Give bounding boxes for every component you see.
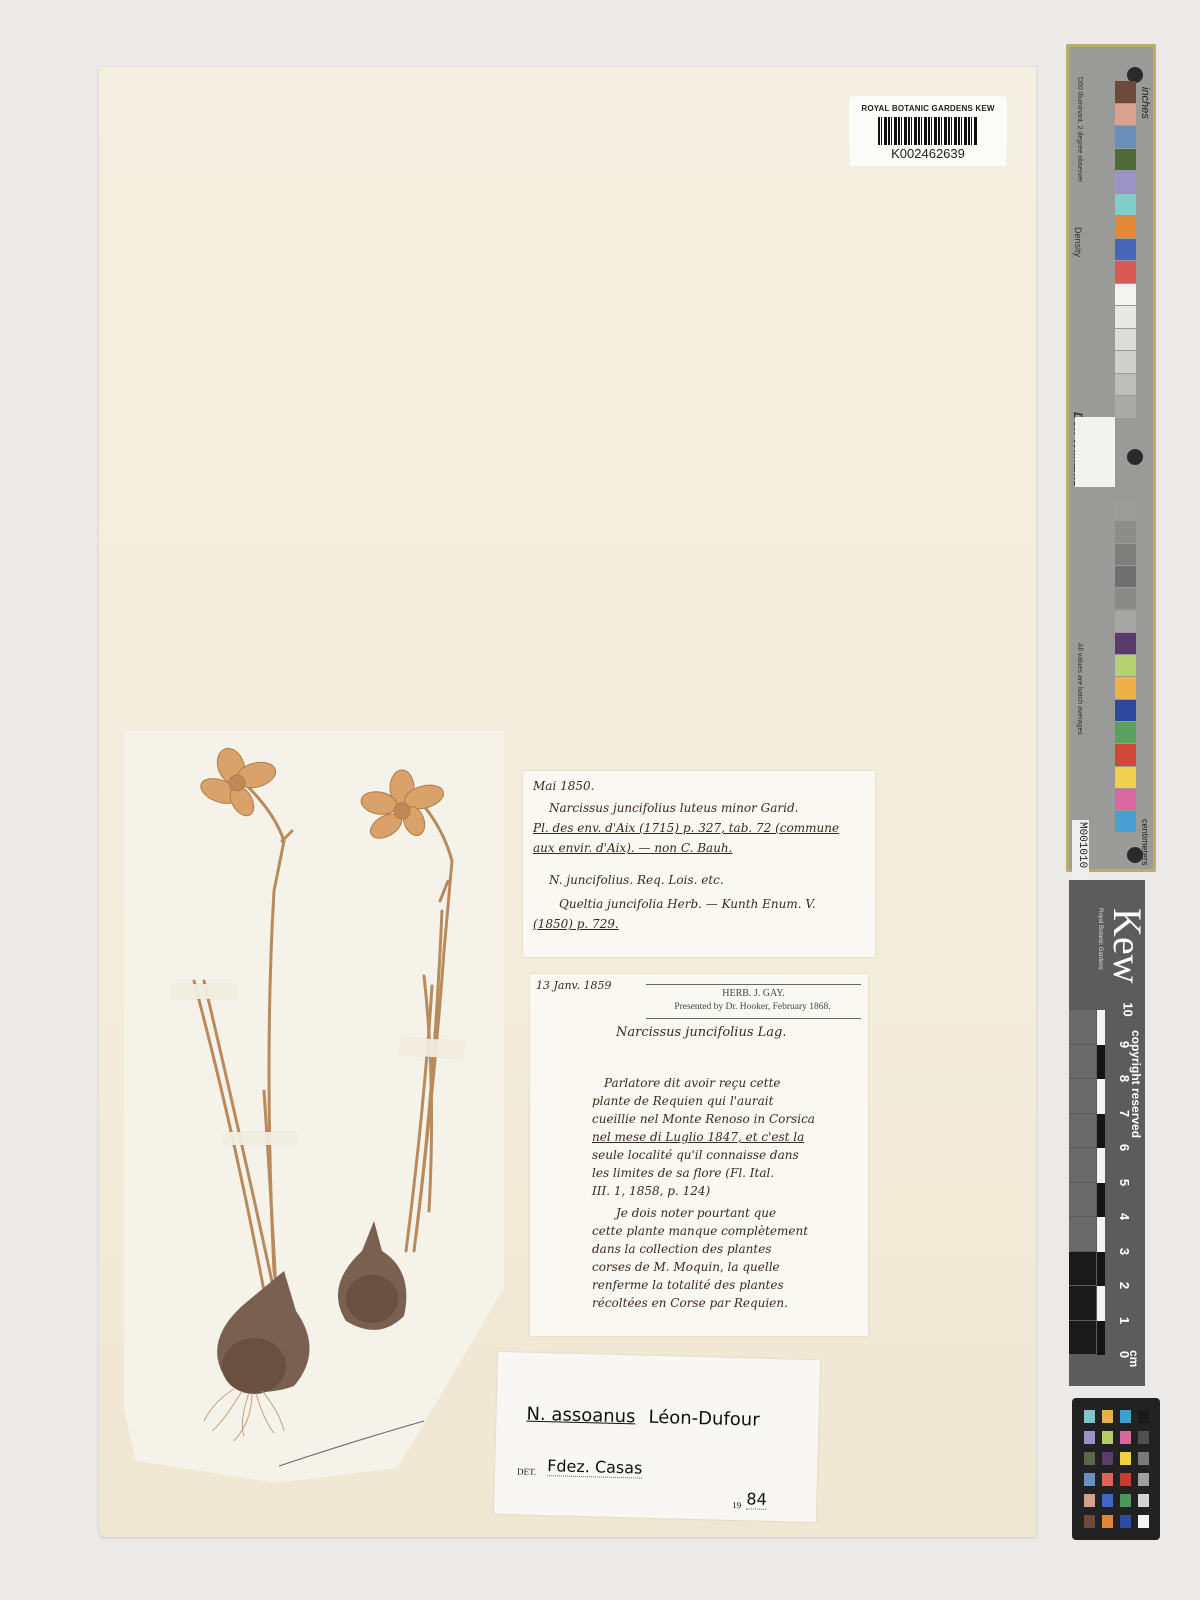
checker-patch bbox=[1102, 1494, 1113, 1507]
scale-segment bbox=[1097, 1010, 1105, 1045]
color-swatch bbox=[1115, 677, 1136, 698]
note-line: Parlatore dit avoir reçu cette bbox=[604, 1076, 781, 1090]
label-line: N. juncifolius. Req. Lois. etc. bbox=[549, 873, 724, 887]
det-year-prefix: 19 bbox=[732, 1498, 741, 1512]
color-checker-card bbox=[1072, 1398, 1160, 1540]
scale-tick-label: 6 bbox=[1117, 1144, 1132, 1151]
label-line: Pl. des env. d'Aix (1715) p. 327, tab. 7… bbox=[533, 821, 839, 835]
note-line: plante de Requien qui l'aurait bbox=[592, 1094, 773, 1108]
cm-unit-label: cm bbox=[1127, 1350, 1141, 1367]
note-line: cueillie nel Monte Renoso in Corsica bbox=[592, 1112, 815, 1126]
det-prefix: DET. bbox=[517, 1464, 536, 1478]
color-swatch bbox=[1115, 767, 1136, 788]
color-swatch bbox=[1115, 216, 1136, 238]
checker-patch bbox=[1102, 1452, 1113, 1465]
note-line: corses de M. Moquin, la quelle bbox=[592, 1260, 780, 1274]
checker-patch bbox=[1138, 1410, 1149, 1423]
copyright-text: copyright reserved bbox=[1129, 1030, 1143, 1138]
scale-segment bbox=[1069, 1252, 1096, 1286]
scale-tick-label: 10 bbox=[1121, 1002, 1136, 1016]
checker-patch bbox=[1120, 1515, 1131, 1528]
color-swatch bbox=[1115, 722, 1136, 743]
mounting-tape bbox=[172, 984, 236, 999]
scale-segment bbox=[1069, 1148, 1096, 1182]
flower-right bbox=[359, 770, 446, 843]
det-year: 84 bbox=[746, 1490, 767, 1510]
color-swatch bbox=[1115, 374, 1136, 396]
color-reference-strip: inches D50 Illuminant, 2 degree observer… bbox=[1066, 44, 1156, 872]
color-swatch bbox=[1115, 396, 1136, 418]
color-swatch bbox=[1115, 744, 1136, 765]
color-swatch bbox=[1115, 126, 1136, 148]
color-swatch bbox=[1115, 351, 1136, 373]
note-line: les limites de sa flore (Fl. Ital. bbox=[592, 1166, 774, 1180]
scale-segment bbox=[1097, 1114, 1105, 1149]
strip-code: M001010 bbox=[1072, 820, 1089, 882]
note-line: récoltées en Corse par Requien. bbox=[592, 1296, 788, 1310]
gray-target-patch bbox=[1075, 417, 1115, 487]
color-swatch bbox=[1115, 329, 1136, 351]
scale-segment bbox=[1097, 1321, 1105, 1356]
color-swatch bbox=[1115, 149, 1136, 171]
scale-segment bbox=[1097, 1079, 1105, 1114]
label-line: Narcissus juncifolius luteus minor Garid… bbox=[549, 801, 798, 815]
note-line: seule localité qu'il connaisse dans bbox=[592, 1148, 799, 1162]
note-line: III. 1, 1858, p. 124) bbox=[592, 1184, 710, 1198]
scale-tick-label: 3 bbox=[1117, 1247, 1132, 1254]
label-date: Mai 1850. bbox=[533, 779, 594, 793]
scale-segment bbox=[1069, 1079, 1096, 1113]
color-swatch bbox=[1115, 171, 1136, 193]
taxon-name: Narcissus juncifolius Lag. bbox=[616, 1026, 786, 1040]
scale-segment bbox=[1097, 1252, 1105, 1287]
color-swatch bbox=[1115, 521, 1136, 542]
strip-hole-icon bbox=[1127, 449, 1143, 465]
scale-tick-label: 4 bbox=[1117, 1213, 1132, 1220]
determiner-name: Fdez. Casas bbox=[547, 1457, 643, 1478]
scale-tick-label: 5 bbox=[1117, 1178, 1132, 1185]
checker-patch bbox=[1084, 1473, 1095, 1486]
barcode-number: K002462639 bbox=[849, 146, 1007, 161]
bulb-left bbox=[204, 1271, 310, 1441]
color-swatch bbox=[1115, 284, 1136, 306]
checker-patch bbox=[1120, 1410, 1131, 1423]
divider bbox=[646, 984, 861, 985]
color-swatch bbox=[1115, 611, 1136, 632]
institution-name: ROYAL BOTANIC GARDENS KEW bbox=[849, 104, 1007, 113]
det-author: Léon-Dufour bbox=[648, 1408, 760, 1431]
label-line: aux envir. d'Aix). — non C. Bauh. bbox=[533, 841, 732, 855]
note-line: renferme la totalité des plantes bbox=[592, 1278, 784, 1292]
kew-scale-bar: Kew Royal Botanic Gardens 109876543210 c… bbox=[1069, 880, 1145, 1386]
checker-patch bbox=[1084, 1452, 1095, 1465]
scale-segment bbox=[1069, 1286, 1096, 1320]
color-swatch bbox=[1115, 700, 1136, 721]
color-swatch bbox=[1115, 499, 1136, 520]
color-swatch bbox=[1115, 811, 1136, 832]
color-swatch bbox=[1115, 239, 1136, 261]
herbarium-stamp: HERB. J. GAY. bbox=[646, 988, 861, 999]
color-swatch bbox=[1115, 261, 1136, 283]
scale-segment bbox=[1097, 1217, 1105, 1252]
checker-patch bbox=[1138, 1494, 1149, 1507]
color-swatch bbox=[1115, 544, 1136, 565]
scale-segment bbox=[1069, 1321, 1096, 1355]
inches-label: inches bbox=[1139, 87, 1151, 119]
barcode-label: ROYAL BOTANIC GARDENS KEW K002462639 bbox=[849, 96, 1007, 166]
det-taxon-name: N. assoanus bbox=[526, 1405, 635, 1428]
color-swatch bbox=[1115, 655, 1136, 676]
checker-patch bbox=[1120, 1473, 1131, 1486]
label-line: Queltia juncifolia Herb. — Kunth Enum. V… bbox=[559, 897, 816, 911]
checker-patch bbox=[1102, 1431, 1113, 1444]
scale-segment bbox=[1069, 1114, 1096, 1148]
presented-by-stamp: Presented by Dr. Hooker, February 1868. bbox=[640, 1002, 865, 1012]
determination-label: N. assoanus Léon-Dufour DET. Fdez. Casas… bbox=[494, 1352, 820, 1522]
checker-patch bbox=[1120, 1452, 1131, 1465]
batch-averages-text: All values are batch averages bbox=[1076, 643, 1083, 735]
illuminant-text: D50 Illuminant, 2 degree observer bbox=[1076, 77, 1083, 182]
herb-j-gay-label: 13 Janv. 1859 HERB. J. GAY. Presented by… bbox=[530, 974, 868, 1336]
label-line: (1850) p. 729. bbox=[533, 917, 619, 931]
note-line: dans la collection des plantes bbox=[592, 1242, 771, 1256]
pressed-narcissus-specimens bbox=[124, 731, 504, 1483]
centimeters-label: centimeters bbox=[1140, 819, 1150, 866]
mounting-tape bbox=[224, 1132, 296, 1145]
checker-patch bbox=[1120, 1431, 1131, 1444]
scale-segment bbox=[1069, 1217, 1096, 1251]
note-line: nel mese di Luglio 1847, et c'est la bbox=[592, 1130, 804, 1144]
color-swatch bbox=[1115, 566, 1136, 587]
scale-tick-label: 2 bbox=[1117, 1282, 1132, 1289]
density-label: Density bbox=[1073, 227, 1083, 257]
note-line: Je dois noter pourtant que bbox=[616, 1206, 776, 1220]
divider bbox=[646, 1018, 861, 1019]
color-swatch bbox=[1115, 104, 1136, 126]
scale-segment bbox=[1069, 1045, 1096, 1079]
scale-segment bbox=[1097, 1286, 1105, 1321]
color-swatch bbox=[1115, 789, 1136, 810]
color-swatch bbox=[1115, 81, 1136, 103]
checker-patch bbox=[1102, 1515, 1113, 1528]
color-swatch bbox=[1115, 633, 1136, 654]
color-swatch bbox=[1115, 588, 1136, 609]
checker-patch bbox=[1084, 1515, 1095, 1528]
scale-segment bbox=[1069, 1183, 1096, 1217]
bulb-right bbox=[338, 1221, 406, 1330]
kew-subtitle: Royal Botanic Gardens bbox=[1097, 908, 1103, 970]
checker-patch bbox=[1084, 1410, 1095, 1423]
kew-logo: Kew bbox=[1104, 908, 1151, 984]
checker-patch bbox=[1138, 1515, 1149, 1528]
checker-patch bbox=[1084, 1431, 1095, 1444]
scale-tick-label: 1 bbox=[1117, 1316, 1132, 1323]
scale-segment bbox=[1097, 1045, 1105, 1080]
label-date: 13 Janv. 1859 bbox=[536, 979, 611, 993]
color-swatch bbox=[1115, 306, 1136, 328]
checker-patch bbox=[1102, 1410, 1113, 1423]
barcode-icon bbox=[878, 117, 978, 145]
scale-segment bbox=[1069, 1010, 1096, 1044]
checker-patch bbox=[1102, 1473, 1113, 1486]
color-swatch bbox=[1115, 194, 1136, 216]
checker-patch bbox=[1138, 1431, 1149, 1444]
checker-patch bbox=[1138, 1452, 1149, 1465]
note-line: cette plante manque complètement bbox=[592, 1224, 808, 1238]
checker-patch bbox=[1084, 1494, 1095, 1507]
checker-patch bbox=[1138, 1473, 1149, 1486]
scale-segment bbox=[1097, 1148, 1105, 1183]
scale-segment bbox=[1097, 1183, 1105, 1218]
checker-patch bbox=[1120, 1494, 1131, 1507]
historical-label-1850: Mai 1850. Narcissus juncifolius luteus m… bbox=[523, 771, 875, 957]
